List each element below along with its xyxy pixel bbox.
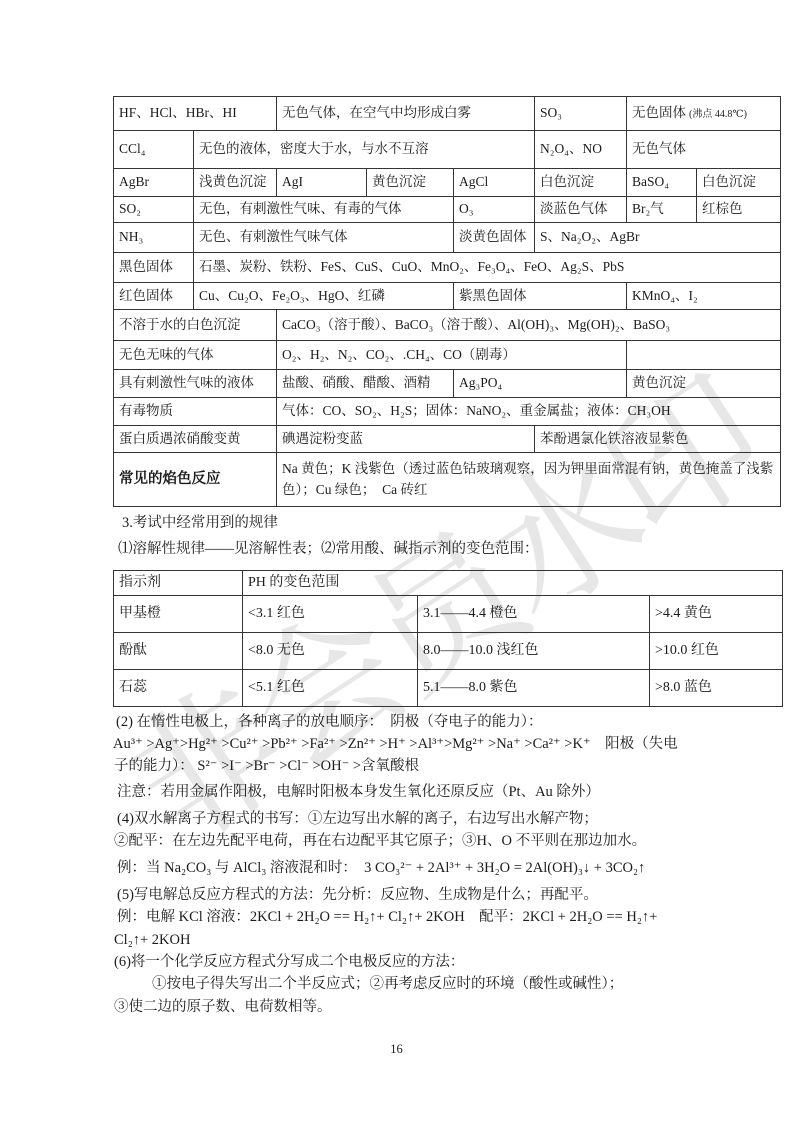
- table-cell: 淡黄色固体: [454, 223, 535, 253]
- table-cell: SO₃: [535, 97, 627, 131]
- table-cell: KMnO₄、I₂: [627, 283, 781, 310]
- table-cell: Br₂气: [627, 197, 697, 223]
- table-cell: 碘遇淀粉变蓝: [277, 426, 535, 453]
- table-cell: <3.1 红色: [243, 596, 418, 633]
- table-cell: >10.0 红色: [650, 633, 783, 670]
- table-cell: O₂、H₂、N₂、CO₂、.CH₄、CO（剧毒）: [277, 341, 627, 370]
- table-cell: 红色固体: [114, 283, 194, 310]
- substance-properties-table: HF、HCl、HBr、HI 无色气体，在空气中均形成白雾 SO₃ 无色固体(沸点…: [113, 96, 781, 507]
- table-cell: AgI: [277, 169, 367, 197]
- table-cell: 黑色固体: [114, 253, 194, 283]
- boiling-point-note: (沸点 44.8℃): [689, 109, 747, 120]
- table-cell: 淡蓝色气体: [535, 197, 627, 223]
- text-line: ①按电子得失写出二个半反应式；②再考虑反应时的环境（酸性或碱性）；: [152, 975, 623, 993]
- table-row: 黑色固体 石墨、炭粉、铁粉、FeS、CuS、CuO、MnO₂、Fe₃O₄、FeO…: [114, 253, 781, 283]
- table-row: CCl₄ 无色的液体，密度大于水，与水不互溶 N₂O₄、NO 无色气体: [114, 131, 781, 169]
- text-line: (4)双水解离子方程式的书写：①左边写出水解的离子，右边写出水解产物；: [117, 810, 598, 828]
- table-cell: 黄色沉淀: [367, 169, 454, 197]
- table-cell: NH₃: [114, 223, 194, 253]
- table-cell: CCl₄: [114, 131, 194, 169]
- table-row: 有毒物质 气体：CO、SO₂、H₂S；固体：NaNO₂、重金属盐；液体：CH₃O…: [114, 398, 781, 426]
- table-cell: 无色气体，在空气中均形成白雾: [277, 97, 535, 131]
- table-row: AgBr 浅黄色沉淀 AgI 黄色沉淀 AgCl 白色沉淀 BaSO₄ 白色沉淀: [114, 169, 781, 197]
- text-line: 注意：若用金属作阳极，电解时阳极本身发生氧化还原反应（Pt、Au 除外）: [117, 783, 600, 801]
- table-row: 蛋白质遇浓硝酸变黄 碘遇淀粉变蓝 苯酚遇氯化铁溶液显紫色: [114, 426, 781, 453]
- table-cell: 白色沉淀: [697, 169, 781, 197]
- table-cell: 无色的液体，密度大于水，与水不互溶: [194, 131, 535, 169]
- section-subheading: ⑴溶解性规律——见溶解性表；⑵常用酸、碱指示剂的变色范围：: [118, 540, 539, 558]
- document-page: 非会员水印 HF、HCl、HBr、HI 无色气体，在空气中均形成白雾 SO₃ 无…: [0, 0, 793, 1122]
- table-row: 红色固体 Cu、Cu₂O、Fe₂O₃、HgO、红磷 紫黑色固体 KMnO₄、I₂: [114, 283, 781, 310]
- table-cell: SO₂: [114, 197, 194, 223]
- text-line: (2) 在惰性电极上，各种离子的放电顺序： 阴极（夺电子的能力）：: [116, 713, 543, 731]
- page-number: 16: [0, 1042, 793, 1057]
- table-cell: 石墨、炭粉、铁粉、FeS、CuS、CuO、MnO₂、Fe₃O₄、FeO、Ag₂S…: [194, 253, 781, 283]
- table-cell: PH 的变色范围: [243, 571, 783, 596]
- section-heading: 3.考试中经常用到的规律: [122, 514, 278, 532]
- table-cell: 蛋白质遇浓硝酸变黄: [114, 426, 277, 453]
- table-cell: 有毒物质: [114, 398, 277, 426]
- table-row: NH₃ 无色、有刺激性气味气体 淡黄色固体 S、Na₂O₂、AgBr: [114, 223, 781, 253]
- table-cell: >4.4 黄色: [650, 596, 783, 633]
- table-cell: 黄色沉淀: [627, 370, 781, 398]
- text-line: Cl₂↑+ 2KOH: [114, 931, 190, 949]
- table-cell: 石蕊: [114, 670, 243, 707]
- table-cell: 指示剂: [114, 571, 243, 596]
- table-cell: 常见的焰色反应: [114, 453, 277, 507]
- table-cell: <5.1 红色: [243, 670, 418, 707]
- table-row: 不溶于水的白色沉淀 CaCO₃（溶于酸）、BaCO₃（溶于酸）、Al(OH)₃、…: [114, 310, 781, 341]
- table-row: HF、HCl、HBr、HI 无色气体，在空气中均形成白雾 SO₃ 无色固体(沸点…: [114, 97, 781, 131]
- table-cell: Cu、Cu₂O、Fe₂O₃、HgO、红磷: [194, 283, 454, 310]
- text-line: ③使二边的原子数、电荷数相等。: [114, 998, 332, 1016]
- table-cell: AgCl: [454, 169, 535, 197]
- table-cell: <8.0 无色: [243, 633, 418, 670]
- table-cell: 5.1——8.0 紫色: [418, 670, 650, 707]
- table-cell: 红棕色: [697, 197, 781, 223]
- table-cell: 无色无味的气体: [114, 341, 277, 370]
- table-row: 具有刺激性气味的液体 盐酸、硝酸、醋酸、酒精 Ag₃PO₄ 黄色沉淀: [114, 370, 781, 398]
- cell-text: 无色固体: [632, 105, 686, 120]
- table-cell: 无色，有刺激性气味、有毒的气体: [194, 197, 454, 223]
- text-line: ②配平：在左边先配平电荷，再在右边配平其它原子；③H、O 不平则在那边加水。: [114, 832, 646, 850]
- table-cell: O₃: [454, 197, 535, 223]
- table-cell: Ag₃PO₄: [454, 370, 627, 398]
- table-cell: HF、HCl、HBr、HI: [114, 97, 277, 131]
- table-row: 指示剂 PH 的变色范围: [114, 571, 783, 596]
- table-row: 甲基橙 <3.1 红色 3.1——4.4 橙色 >4.4 黄色: [114, 596, 783, 633]
- table-cell: 无色固体(沸点 44.8℃): [627, 97, 781, 131]
- table-cell: 甲基橙: [114, 596, 243, 633]
- table-row: 酚酞 <8.0 无色 8.0——10.0 浅红色 >10.0 红色: [114, 633, 783, 670]
- table-cell: 8.0——10.0 浅红色: [418, 633, 650, 670]
- table-cell: 盐酸、硝酸、醋酸、酒精: [277, 370, 454, 398]
- text-line: 例：当 Na₂CO₃ 与 AlCl₃ 溶液混和时： 3 CO₃²⁻ + 2Al³…: [117, 859, 645, 877]
- table-cell: N₂O₄、NO: [535, 131, 627, 169]
- table-cell: 3.1——4.4 橙色: [418, 596, 650, 633]
- ph-indicator-table: 指示剂 PH 的变色范围 甲基橙 <3.1 红色 3.1——4.4 橙色 >4.…: [113, 570, 783, 707]
- table-row: 石蕊 <5.1 红色 5.1——8.0 紫色 >8.0 蓝色: [114, 670, 783, 707]
- text-line: (5)写电解总反应方程式的方法：先分析：反应物、生成物是什么；再配平。: [117, 886, 598, 904]
- text-line: 例：电解 KCl 溶液：2KCl + 2H₂O == H₂↑+ Cl₂↑+ 2K…: [117, 908, 657, 926]
- table-cell: 无色、有刺激性气味气体: [194, 223, 454, 253]
- table-cell: >8.0 蓝色: [650, 670, 783, 707]
- table-cell: Na 黄色；K 浅紫色（透过蓝色钴玻璃观察，因为钾里面常混有钠，黄色掩盖了浅紫色…: [277, 453, 781, 507]
- table-cell: BaSO₄: [627, 169, 697, 197]
- table-cell: S、Na₂O₂、AgBr: [535, 223, 781, 253]
- table-cell: 紫黑色固体: [454, 283, 627, 310]
- text-line: Au³⁺ >Ag⁺>Hg²⁺ >Cu²⁺ >Pb²⁺ >Fa²⁺ >Zn²⁺ >…: [113, 735, 678, 753]
- table-cell: AgBr: [114, 169, 194, 197]
- table-cell: 苯酚遇氯化铁溶液显紫色: [535, 426, 781, 453]
- table-cell: 无色气体: [627, 131, 781, 169]
- table-cell: 酚酞: [114, 633, 243, 670]
- table-row: 常见的焰色反应 Na 黄色；K 浅紫色（透过蓝色钴玻璃观察，因为钾里面常混有钠，…: [114, 453, 781, 507]
- table-row: 无色无味的气体 O₂、H₂、N₂、CO₂、.CH₄、CO（剧毒）: [114, 341, 781, 370]
- table-cell: 气体：CO、SO₂、H₂S；固体：NaNO₂、重金属盐；液体：CH₃OH: [277, 398, 781, 426]
- table-cell: CaCO₃（溶于酸）、BaCO₃（溶于酸）、Al(OH)₃、Mg(OH)₂、Ba…: [277, 310, 781, 341]
- table-cell: [627, 341, 781, 370]
- table-row: SO₂ 无色，有刺激性气味、有毒的气体 O₃ 淡蓝色气体 Br₂气 红棕色: [114, 197, 781, 223]
- text-line: (6)将一个化学反应方程式分写成二个电极反应的方法：: [114, 953, 464, 971]
- table-cell: 不溶于水的白色沉淀: [114, 310, 277, 341]
- table-cell: 浅黄色沉淀: [194, 169, 277, 197]
- table-cell: 具有刺激性气味的液体: [114, 370, 277, 398]
- table-cell: 白色沉淀: [535, 169, 627, 197]
- text-line: 子的能力）： S²⁻ >I⁻ >Br⁻ >Cl⁻ >OH⁻ >含氧酸根: [114, 757, 419, 775]
